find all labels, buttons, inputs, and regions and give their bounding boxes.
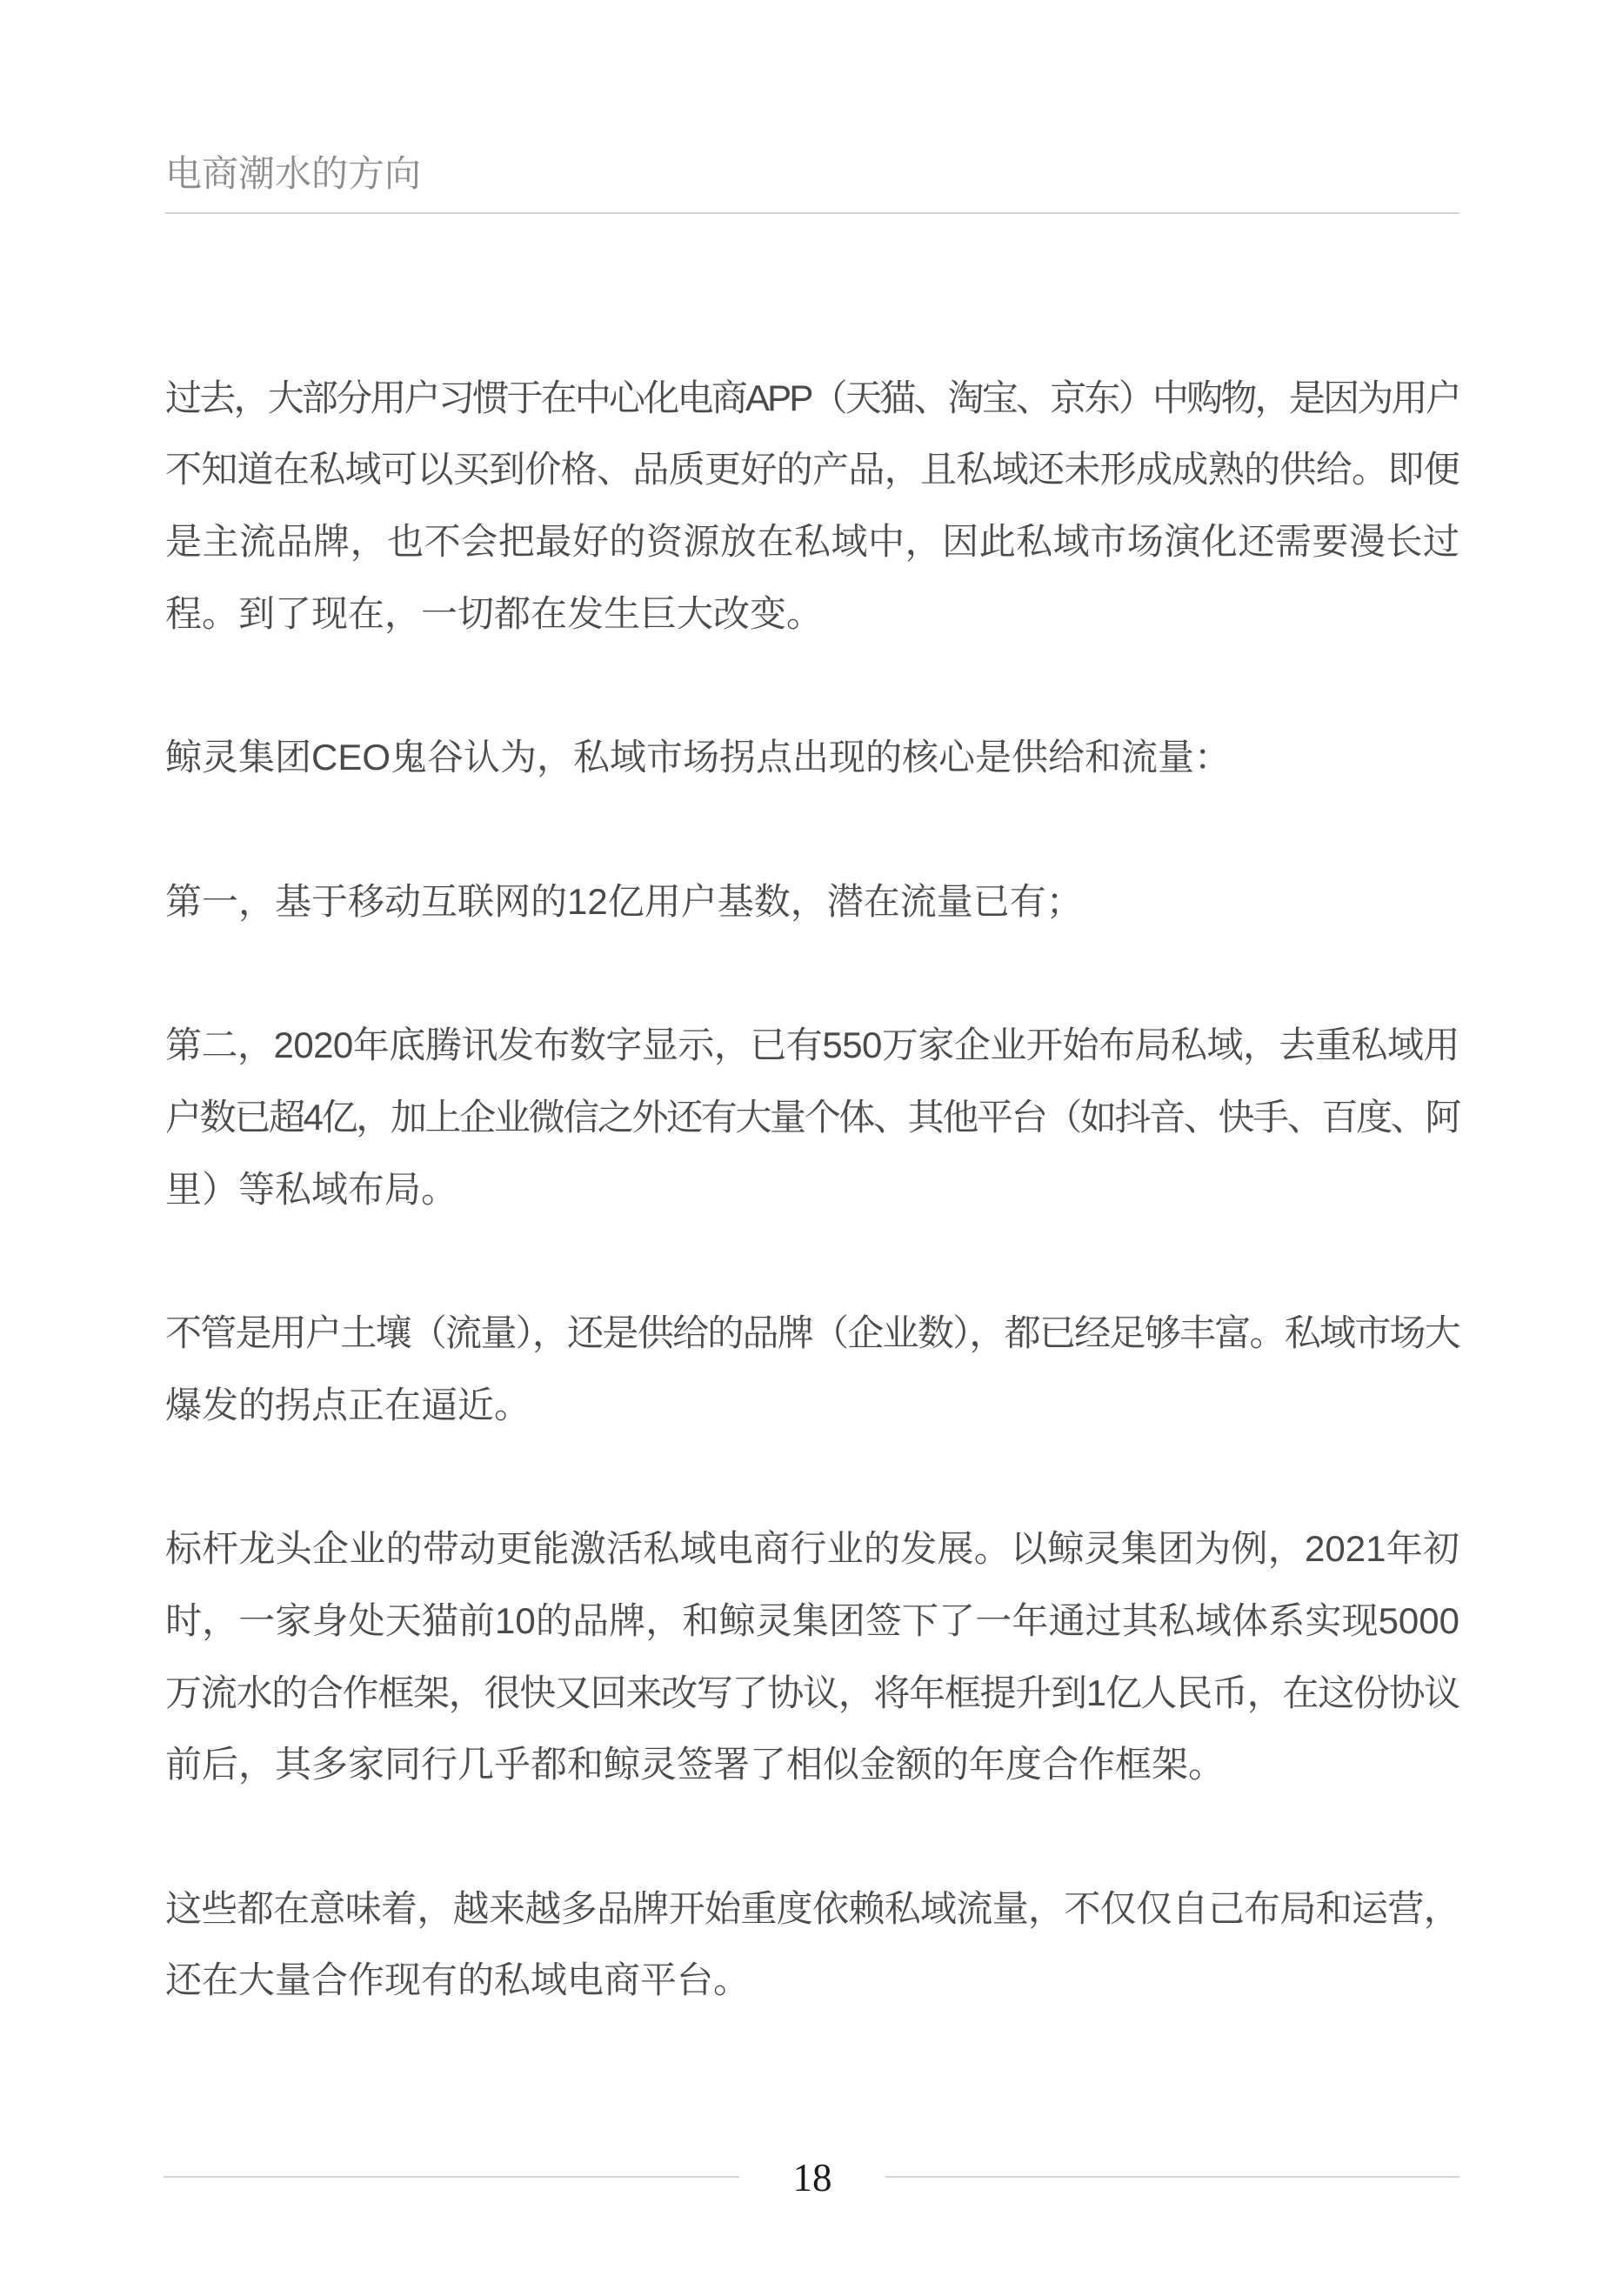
paragraph-line: 是主流品牌，也不会把最好的资源放在私域中，因此私域市场演化还需要漫长过 <box>165 506 1459 578</box>
paragraph-line: 万流水的合作框架，很快又回来改写了协议，将年框提升到1亿人民币，在这份协议 <box>165 1658 1459 1730</box>
paragraph: 标杆龙头企业的带动更能激活私域电商行业的发展。以鲸灵集团为例，2021年初 时，… <box>165 1513 1459 1801</box>
running-header: 电商潮水的方向 <box>165 156 421 192</box>
paragraph-line: 里）等私域布局。 <box>165 1154 1459 1226</box>
paragraph-line: 户数已超4亿，加上企业微信之外还有大量个体、其他平台（如抖音、快手、百度、阿 <box>165 1082 1459 1154</box>
paragraph: 过去，大部分用户习惯于在中心化电商APP（天猫、淘宝、京东）中购物，是因为用户 … <box>165 363 1459 651</box>
header-divider <box>165 212 1459 214</box>
body-text: 过去，大部分用户习惯于在中心化电商APP（天猫、淘宝、京东）中购物，是因为用户 … <box>165 363 1459 2089</box>
paragraph-line: 不管是用户土壤（流量），还是供给的品牌（企业数），都已经足够丰富。私域市场大 <box>165 1298 1459 1370</box>
paragraph: 第二，2020年底腾讯发布数字显示，已有550万家企业开始布局私域，去重私域用 … <box>165 1010 1459 1225</box>
paragraph-line: 程。到了现在，一切都在发生巨大改变。 <box>165 578 1459 651</box>
paragraph-line: 标杆龙头企业的带动更能激活私域电商行业的发展。以鲸灵集团为例，2021年初 <box>165 1513 1459 1585</box>
paragraph-line: 鲸灵集团CEO鬼谷认为，私域市场拐点出现的核心是供给和流量： <box>165 722 1459 794</box>
paragraph-line: 还在大量合作现有的私域电商平台。 <box>165 1945 1459 2017</box>
paragraph: 这些都在意味着，越来越多品牌开始重度依赖私域流量，不仅仅自己布局和运营， 还在大… <box>165 1873 1459 2017</box>
page-number: 18 <box>739 2156 885 2199</box>
paragraph-line: 前后，其多家同行几乎都和鲸灵签署了相似金额的年度合作框架。 <box>165 1729 1459 1801</box>
paragraph-line: 第一，基于移动互联网的12亿用户基数，潜在流量已有； <box>165 866 1459 938</box>
paragraph: 鲸灵集团CEO鬼谷认为，私域市场拐点出现的核心是供给和流量： <box>165 722 1459 794</box>
document-page: 电商潮水的方向 过去，大部分用户习惯于在中心化电商APP（天猫、淘宝、京东）中购… <box>0 0 1623 2296</box>
paragraph-line: 不知道在私域可以买到价格、品质更好的产品，且私域还未形成成熟的供给。即便 <box>165 434 1459 506</box>
paragraph: 不管是用户土壤（流量），还是供给的品牌（企业数），都已经足够丰富。私域市场大 爆… <box>165 1298 1459 1441</box>
paragraph-line: 第二，2020年底腾讯发布数字显示，已有550万家企业开始布局私域，去重私域用 <box>165 1010 1459 1082</box>
paragraph-line: 过去，大部分用户习惯于在中心化电商APP（天猫、淘宝、京东）中购物，是因为用户 <box>165 363 1459 435</box>
paragraph-line: 时，一家身处天猫前10的品牌，和鲸灵集团签下了一年通过其私域体系实现5000 <box>165 1585 1459 1658</box>
paragraph: 第一，基于移动互联网的12亿用户基数，潜在流量已有； <box>165 866 1459 938</box>
paragraph-line: 这些都在意味着，越来越多品牌开始重度依赖私域流量，不仅仅自己布局和运营， <box>165 1873 1459 1946</box>
footer-divider-left <box>164 2176 739 2178</box>
paragraph-line: 爆发的拐点正在逼近。 <box>165 1370 1459 1442</box>
footer-divider-right <box>885 2176 1459 2178</box>
